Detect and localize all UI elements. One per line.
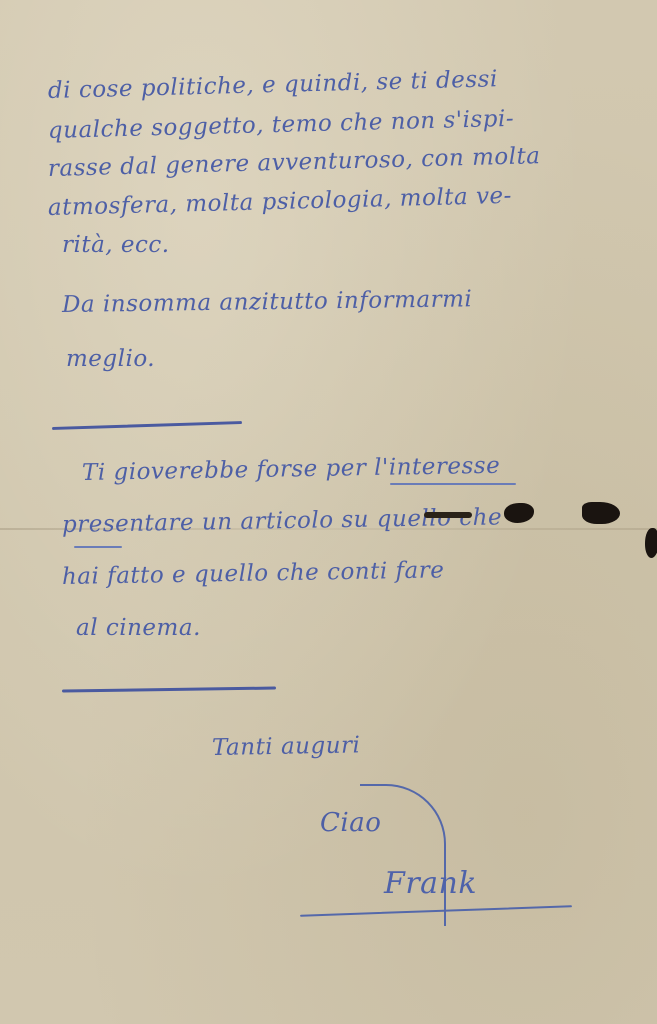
paragraph-1-line-5: rità, ecc.	[62, 232, 170, 258]
ink-strike	[424, 512, 472, 518]
paragraph-2-line-2: meglio.	[66, 346, 155, 372]
paper-hole-edge	[645, 528, 657, 558]
underline-interesse	[390, 483, 516, 485]
paragraph-3-line-1: Ti gioverebbe forse per l'interesse	[82, 453, 501, 486]
divider-rule-2	[62, 687, 276, 693]
paragraph-2-line-1: Da insomma anzitutto informarmi	[62, 286, 473, 318]
paragraph-1-line-3: rasse dal genere avventuroso, con molta	[48, 143, 541, 182]
signature-flourish	[360, 784, 446, 926]
paragraph-3-line-4: al cinema.	[76, 615, 201, 641]
divider-rule-1	[52, 421, 242, 430]
paper-hole-2	[582, 502, 620, 524]
paragraph-3-line-2: presentare un articolo su quello che	[62, 504, 503, 538]
closing-greeting: Tanti auguri	[212, 732, 361, 761]
paragraph-3-line-1-text: Ti gioverebbe forse per l'interesse	[82, 453, 501, 486]
paragraph-1-line-2: qualche soggetto, temo che non s'ispi-	[48, 106, 515, 144]
paragraph-3-line-3: hai fatto e quello che conti fare	[62, 557, 445, 590]
paper-hole-1	[504, 503, 534, 523]
paragraph-1-line-1: di cose politiche, e quindi, se ti dessi	[48, 66, 498, 104]
letter-page: di cose politiche, e quindi, se ti dessi…	[0, 0, 657, 1024]
underline-presentare	[74, 546, 122, 548]
paragraph-1-line-4: atmosfera, molta psicologia, molta ve-	[48, 183, 513, 221]
signature: Frank	[384, 866, 477, 901]
